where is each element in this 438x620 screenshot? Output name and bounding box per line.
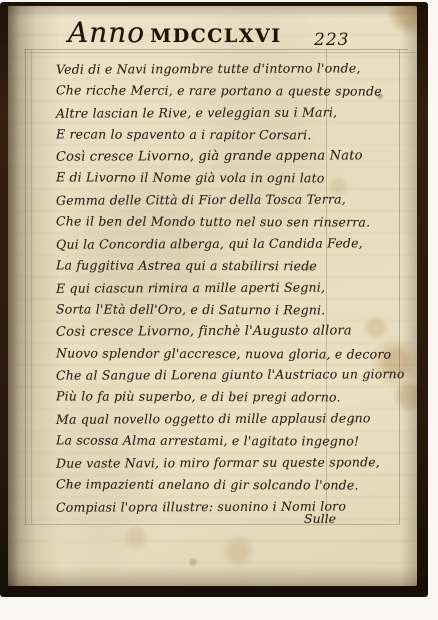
- poem-line: E recan lo spavento a i rapitor Corsari.: [56, 123, 386, 146]
- manuscript-page: Anno MDCCLXVI 223 Vedi di e Navi ingombr…: [8, 6, 417, 586]
- title-roman-year: MDCCLXVI: [150, 25, 281, 47]
- rule-top-line-2: [24, 52, 415, 53]
- page-number: 223: [314, 30, 349, 50]
- poem-line: Due vaste Navi, io miro formar su queste…: [56, 451, 386, 474]
- poem-line: E di Livorno il Nome già vola in ogni la…: [56, 167, 386, 190]
- poem-line: Compiasi l'opra illustre: suonino i Nomi…: [56, 495, 386, 518]
- poem-line: Gemma delle Città di Fior della Tosca Te…: [56, 189, 386, 212]
- poem-line: Più lo fa più superbo, e di bei pregi ad…: [56, 386, 386, 409]
- catchword: Sulle: [304, 511, 336, 526]
- book-edge: Anno MDCCLXVI 223 Vedi di e Navi ingombr…: [0, 2, 428, 597]
- poem-line: Vedi di e Navi ingombre tutte d'intorno …: [56, 57, 386, 80]
- rule-top-line-1: [24, 49, 408, 50]
- rule-left-margin-1: [25, 49, 26, 524]
- rule-far-right-margin: [399, 49, 400, 524]
- poem-line: Così cresce Livorno, finchè l'Augusto al…: [56, 320, 386, 343]
- poem-text: Vedi di e Navi ingombre tutte d'intorno …: [56, 58, 386, 518]
- rule-left-margin-2: [31, 49, 32, 524]
- poem-line: Qui la Concordia alberga, qui la Candida…: [56, 232, 386, 255]
- poem-line: Altre lascian le Rive, e veleggian su i …: [56, 101, 386, 124]
- poem-line: Così cresce Livorno, già grande appena N…: [56, 145, 386, 168]
- poem-line: Che il ben del Mondo tutto nel suo sen r…: [56, 211, 386, 234]
- poem-line: La fuggitiva Astrea qui a stabilirsi rie…: [56, 254, 386, 277]
- scan-background: Anno MDCCLXVI 223 Vedi di e Navi ingombr…: [0, 0, 438, 620]
- poem-line: Nuovo splendor gl'accresce, nuova gloria…: [56, 342, 386, 365]
- page-header: Anno MDCCLXVI: [68, 16, 282, 49]
- title-anno: Anno: [68, 16, 145, 49]
- poem-line: Sorta l'Età dell'Oro, e di Saturno i Reg…: [56, 298, 386, 321]
- poem-line: Ma qual novello oggetto di mille applaus…: [56, 408, 386, 431]
- poem-line: Che ricche Merci, e rare portano a quest…: [56, 79, 386, 102]
- poem-line: E qui ciascun rimira a mille aperti Segn…: [56, 276, 386, 299]
- poem-line: Che al Sangue di Lorena giunto l'Austria…: [56, 364, 386, 387]
- poem-line: Che impazienti anelano di gir solcando l…: [56, 473, 386, 496]
- poem-line: La scossa Alma arrestami, e l'agitato in…: [56, 430, 386, 453]
- rule-bottom-line: [24, 524, 400, 525]
